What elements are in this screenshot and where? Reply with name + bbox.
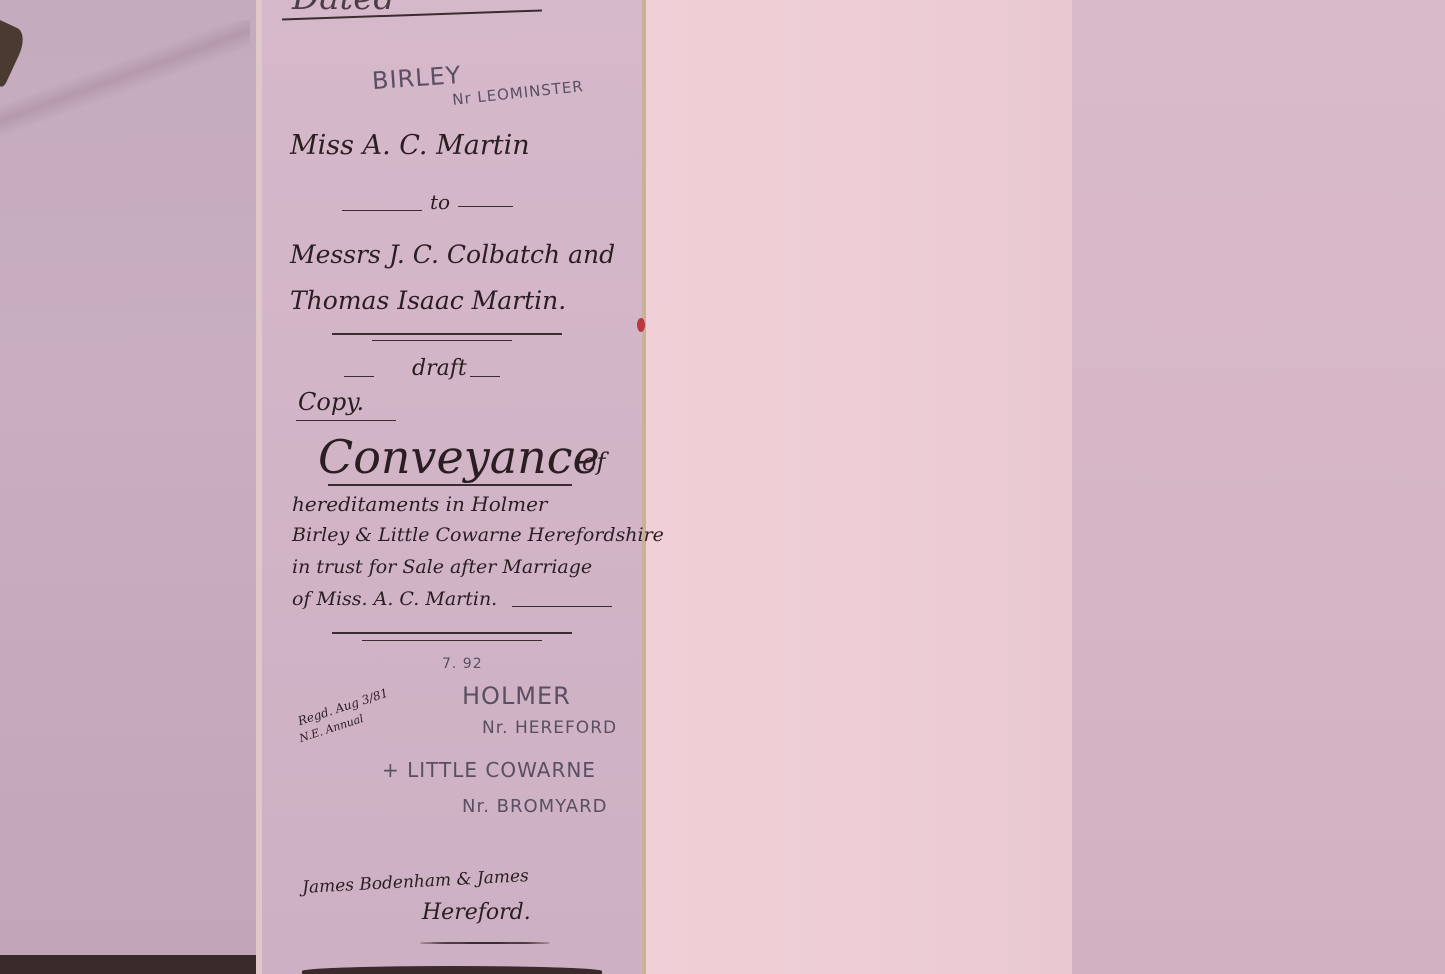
pencil-place-hereford: Nr. HEREFORD [482, 718, 617, 738]
pencil-place-little-cowarne: + LITTLE COWARNE [382, 758, 596, 782]
section-double-rule [332, 632, 572, 634]
solicitors-city: Hereford. [422, 900, 531, 925]
dark-background-edge-bottom [302, 966, 602, 974]
grantees-line-1: Messrs J. C. Colbatch and [290, 240, 615, 269]
red-seal-mark [637, 318, 645, 332]
description-end-rule [512, 606, 612, 607]
description-line-1: hereditaments in Holmer [292, 492, 548, 516]
copy-underline [296, 420, 396, 421]
connector-rule-left [342, 210, 422, 211]
section-double-rule-2 [362, 640, 542, 641]
pencil-place-bromyard: Nr. BROMYARD [462, 796, 608, 817]
pencil-place-holmer: HOLMER [462, 682, 571, 710]
copy-label: Copy. [298, 388, 364, 416]
solicitors-firm: James Bodenham & James [302, 866, 530, 898]
document-title-suffix: of [582, 448, 605, 476]
deed-cover-page: Dated BIRLEY Nr LEOMINSTER Miss A. C. Ma… [256, 0, 646, 974]
parties-double-rule [332, 333, 562, 335]
draft-rule-right [470, 376, 500, 377]
right-blank-page [1072, 0, 1445, 974]
title-underline [328, 484, 572, 486]
description-line-2: Birley & Little Cowarne Herefordshire [292, 524, 664, 546]
paper-crease [0, 20, 250, 140]
pencil-reference-number: 7. 92 [442, 656, 483, 672]
signature-flourish [420, 942, 550, 944]
grantor-name: Miss A. C. Martin [290, 130, 530, 161]
description-line-4: of Miss. A. C. Martin. [292, 588, 497, 610]
parties-double-rule-2 [372, 340, 512, 341]
dark-background-edge [0, 955, 262, 974]
draft-rule-left [344, 376, 374, 377]
middle-blank-page [646, 0, 1072, 974]
left-folded-page [0, 0, 262, 974]
pencil-place-leominster: Nr LEOMINSTER [451, 77, 584, 109]
document-title: Conveyance [318, 430, 600, 484]
connector-rule-right [458, 206, 513, 207]
pencil-place-birley: BIRLEY [371, 61, 462, 95]
status-draft: draft [412, 356, 467, 381]
connector-to: to [430, 190, 450, 214]
description-line-3: in trust for Sale after Marriage [292, 556, 592, 578]
grantees-line-2: Thomas Isaac Martin. [290, 286, 566, 315]
